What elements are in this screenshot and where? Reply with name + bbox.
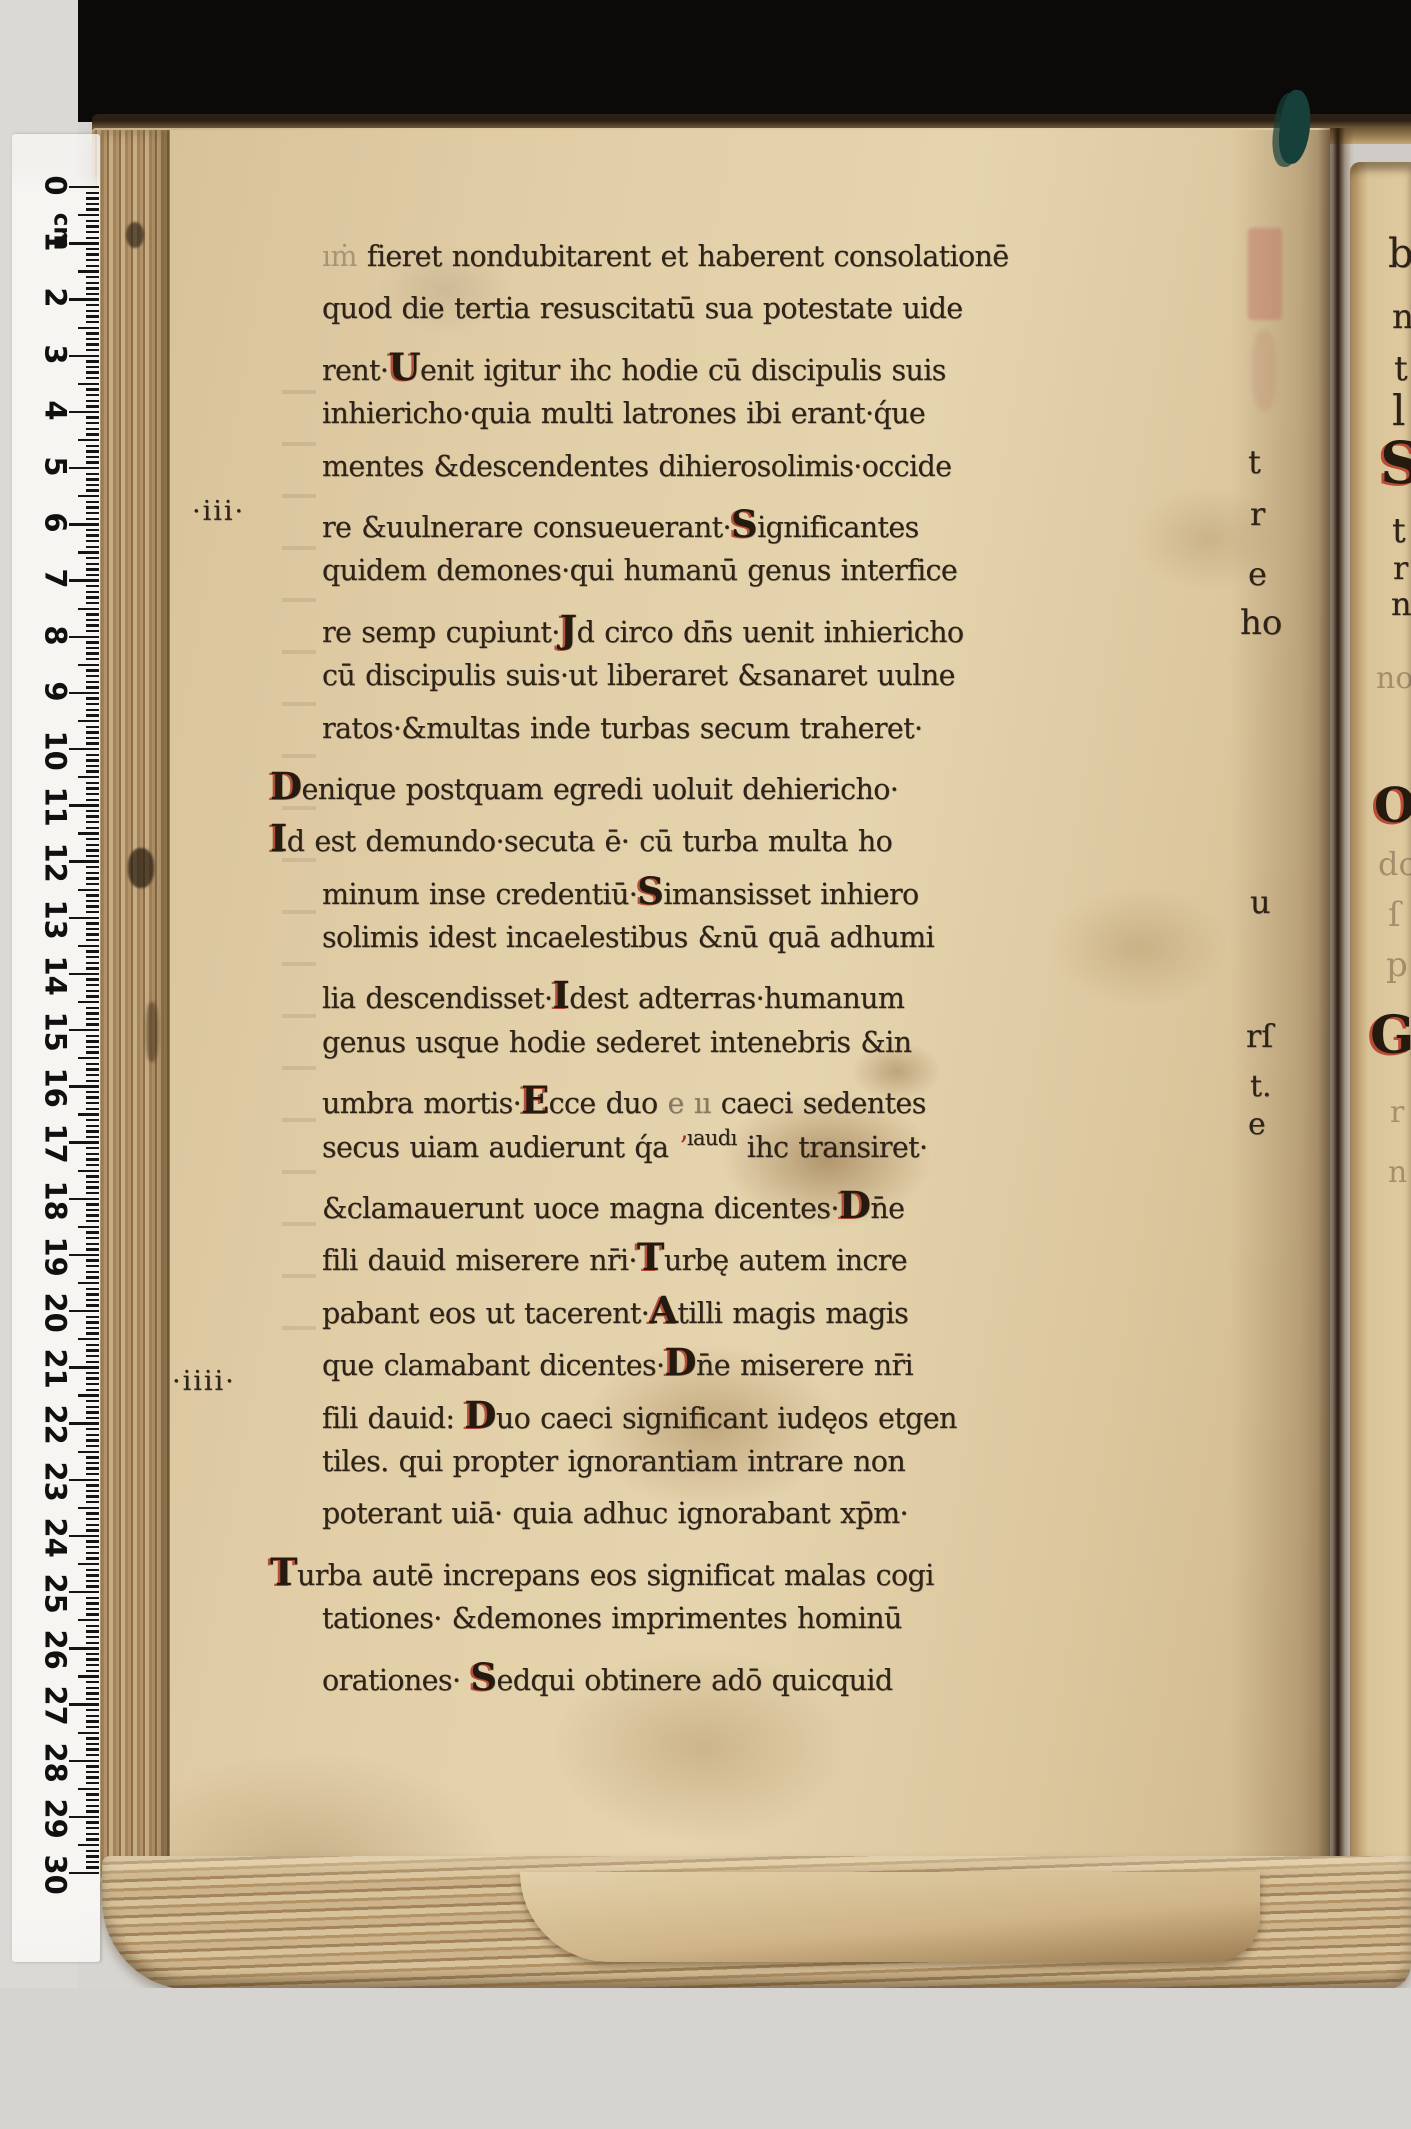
- ruler-tick: [86, 248, 99, 250]
- recto-partial-letter: S: [1380, 434, 1411, 492]
- ruler-tick: [86, 304, 99, 306]
- ruler-tick: [78, 720, 99, 722]
- ruler-tick: [86, 585, 99, 587]
- recto-partial-letter: t: [1392, 514, 1406, 548]
- recto-partial-letter: l: [1392, 390, 1405, 432]
- ruler-tick: [86, 770, 99, 772]
- rubricated-initial: A: [649, 1288, 677, 1332]
- ruler-tick: [78, 1451, 99, 1453]
- rubricated-initial: D: [270, 764, 302, 808]
- ruler-tick: [86, 1220, 99, 1222]
- ruler-tick: [86, 338, 99, 340]
- ruler-tick: [78, 383, 99, 385]
- ruler-tick: [86, 591, 99, 593]
- ruler-tick: [86, 1866, 99, 1868]
- ruler-tick: [69, 692, 99, 694]
- ruler-tick: [86, 990, 99, 992]
- recto-partial-letter: b: [1388, 234, 1411, 274]
- ruler-tick: [86, 821, 99, 823]
- recto-partial-letter: do: [1378, 848, 1411, 880]
- ruler-tick: [86, 1209, 99, 1211]
- ruler-number: 23: [41, 1461, 70, 1495]
- ruler-tick: [86, 473, 99, 475]
- recto-partial-letter: O: [1374, 782, 1411, 830]
- ruler-number: 28: [41, 1742, 70, 1776]
- ruler-tick: [86, 793, 99, 795]
- ruler-tick: [69, 1085, 99, 1087]
- ruler-tick: [86, 1192, 99, 1194]
- manuscript-line: inhiericho·quia multi latrones ibi erant…: [322, 397, 967, 449]
- book-gutter-fold: [1318, 128, 1354, 1928]
- ruler-tick: [69, 804, 99, 806]
- ruler-tick: [86, 742, 99, 744]
- ruler-tick: [86, 726, 99, 728]
- ruler-tick: [86, 1080, 99, 1082]
- ruler-tick: [86, 265, 99, 267]
- ruler-tick: [86, 1771, 99, 1773]
- stain-spot: [126, 222, 144, 248]
- gutter-offset-letter: e: [1248, 558, 1267, 590]
- ruler-tick: [86, 1018, 99, 1020]
- ruler-tick: [69, 917, 99, 919]
- ruler-tick: [86, 1321, 99, 1323]
- ruler-tick: [86, 1636, 99, 1638]
- ruler-tick: [86, 1406, 99, 1408]
- manuscript-line: Id est demundo·secuta ē· cū turba multa …: [270, 816, 967, 868]
- margin-quire-number: ·iii·: [192, 496, 245, 527]
- ruler-tick: [86, 1074, 99, 1076]
- ruler-tick: [86, 349, 99, 351]
- manuscript-line: tationes· &demones imprimentes hominū: [322, 1602, 967, 1654]
- backdrop-bottom: [0, 1988, 1411, 2129]
- ruler-tick: [86, 613, 99, 615]
- line-segment: ıaudı: [687, 1126, 737, 1150]
- ruler-tick: [69, 1760, 99, 1762]
- line-segment: ignificantes: [757, 511, 919, 544]
- ruler-tick: [86, 630, 99, 632]
- line-segment: d circo dn̄s uenit inhiericho: [577, 616, 964, 649]
- line-segment: minum inse credentiū·: [322, 878, 637, 911]
- ruler-tick: [86, 1136, 99, 1138]
- line-segment: d est demundo·secuta ē· cū turba multa h…: [287, 825, 892, 858]
- ruler-tick: [86, 1164, 99, 1166]
- ruler-tick: [86, 310, 99, 312]
- ruler-number: 13: [41, 899, 70, 933]
- ruler-tick: [86, 1754, 99, 1756]
- ruler-number: 12: [41, 843, 70, 877]
- ruler-tick: [78, 495, 99, 497]
- ruler-tick: [86, 978, 99, 980]
- ruler-tick: [86, 1091, 99, 1093]
- ruler-tick: [86, 765, 99, 767]
- line-segment: ʼ: [678, 1131, 686, 1164]
- ruler-tick: [78, 1788, 99, 1790]
- recto-partial-letter: no: [1376, 664, 1411, 694]
- ruler-tick: [86, 1585, 99, 1587]
- ruler-number: 10: [41, 731, 70, 765]
- ruler-tick: [86, 1630, 99, 1632]
- line-segment: mentes &descendentes dihierosolimis·occi…: [322, 450, 951, 483]
- ruler-tick: [86, 1248, 99, 1250]
- ruler-tick: [86, 1293, 99, 1295]
- ruler-tick: [69, 860, 99, 862]
- line-segment: solimis idest incaelestibus &nū quā adhu…: [322, 921, 934, 954]
- ruler-tick: [86, 1445, 99, 1447]
- ruler-tick: [86, 1552, 99, 1554]
- ruler-tick: [86, 1658, 99, 1660]
- manuscript-line: quidem demones·qui humanū genus interfic…: [322, 554, 967, 606]
- ruler-tick: [86, 1805, 99, 1807]
- ruler-tick: [86, 1377, 99, 1379]
- ruler-tick: [86, 1108, 99, 1110]
- rubricated-initial: T: [637, 1235, 664, 1279]
- ruler-tick: [86, 1540, 99, 1542]
- ruler-number: 30: [41, 1855, 70, 1889]
- ruler-tick: [69, 355, 99, 357]
- ruler-tick: [69, 1366, 99, 1368]
- ruler-tick: [86, 1259, 99, 1261]
- line-segment: tiles. qui propter ignorantiam intrare n…: [322, 1445, 905, 1478]
- ruler-tick: [86, 1715, 99, 1717]
- line-segment: urbę autem incre: [664, 1244, 907, 1277]
- ruler-tick: [86, 1023, 99, 1025]
- ruler-tick: [69, 1310, 99, 1312]
- ruler-tick: [86, 371, 99, 373]
- ruler-tick: [86, 1231, 99, 1233]
- ruler-tick: [86, 253, 99, 255]
- ruler-tick: [86, 995, 99, 997]
- ruler-tick: [86, 1838, 99, 1840]
- line-segment: enit igitur ihc hodie cū discipulis suis: [420, 354, 946, 387]
- ruler-tick: [86, 1827, 99, 1829]
- ruler-tick: [86, 799, 99, 801]
- ruler-tick: [86, 1608, 99, 1610]
- ruler-tick: [69, 186, 99, 188]
- manuscript-line: que clamabant dicentes·Dn̄e miserere nr̄…: [322, 1340, 967, 1392]
- ruler-tick: [86, 703, 99, 705]
- ruler-tick: [86, 1495, 99, 1497]
- ruler-number: 20: [41, 1293, 70, 1327]
- ruler-tick: [86, 928, 99, 930]
- ruler-tick: [86, 1102, 99, 1104]
- ruler-tick: [69, 1198, 99, 1200]
- ruler-number: 14: [41, 955, 70, 989]
- line-segment: edqui obtinere adō quicquid: [497, 1664, 893, 1697]
- ruler-tick: [78, 1732, 99, 1734]
- ruler-tick: [69, 748, 99, 750]
- manuscript-line: Turba autē increpans eos significat mala…: [270, 1550, 967, 1602]
- ruler-tick: [86, 1613, 99, 1615]
- ruler-tick: [86, 1063, 99, 1065]
- ruler-tick: [86, 1214, 99, 1216]
- ruler-tick: [86, 754, 99, 756]
- ruler-number: 15: [41, 1012, 70, 1046]
- ruler-number: 0: [41, 169, 70, 203]
- ruler-tick: [78, 608, 99, 610]
- ruler-tick: [86, 400, 99, 402]
- ruler-tick: [86, 1355, 99, 1357]
- ruler-tick: [78, 1113, 99, 1115]
- recto-partial-letter: n: [1392, 300, 1411, 334]
- ruler-tick: [86, 225, 99, 227]
- line-segment: re semp cupiunt·: [322, 616, 560, 649]
- ruler-tick: [86, 1490, 99, 1492]
- line-segment: umbra mortis·: [322, 1087, 521, 1120]
- ruler-tick: [86, 962, 99, 964]
- ruler-number: 16: [41, 1068, 70, 1102]
- ruler-tick: [86, 1383, 99, 1385]
- ruler-tick: [86, 321, 99, 323]
- ruler-tick: [86, 1372, 99, 1374]
- ruler-tick: [86, 1411, 99, 1413]
- ruler-tick: [86, 1467, 99, 1469]
- ruler-tick: [86, 1737, 99, 1739]
- ruler-tick: [86, 1580, 99, 1582]
- ruler-tick: [86, 1524, 99, 1526]
- ruler-tick: [86, 360, 99, 362]
- ruler-tick: [86, 557, 99, 559]
- bottom-page-curl: [520, 1872, 1260, 1962]
- ruler-number: 6: [41, 506, 70, 540]
- ruler-tick: [86, 1181, 99, 1183]
- line-segment: inhiericho·quia multi latrones ibi erant…: [322, 397, 925, 430]
- ruler-tick: [78, 439, 99, 441]
- ruler-tick: [86, 478, 99, 480]
- manuscript-line: umbra mortis·Ecce duo e ıı caeci sedente…: [322, 1078, 967, 1130]
- ruler-tick: [86, 872, 99, 874]
- line-segment: e ıı: [668, 1087, 721, 1120]
- ruler-tick: [86, 939, 99, 941]
- ruler-tick: [86, 697, 99, 699]
- ruler-tick: [86, 855, 99, 857]
- recto-partial-letter: ſ: [1388, 898, 1401, 932]
- rubricated-initial: U: [388, 345, 420, 389]
- ruler-tick: [86, 1529, 99, 1531]
- ruler-tick: [86, 394, 99, 396]
- recto-partial-letter: G: [1370, 1010, 1411, 1062]
- ruler-tick: [86, 428, 99, 430]
- ruler-tick: [86, 900, 99, 902]
- ruler-tick: [86, 484, 99, 486]
- ruler-tick: [78, 664, 99, 666]
- ruler-tick: [86, 237, 99, 239]
- margin-quire-number: ·iiii·: [172, 1366, 236, 1397]
- ruler-tick: [86, 332, 99, 334]
- ruler-tick: [86, 456, 99, 458]
- manuscript-line: solimis idest incaelestibus &nū quā adhu…: [322, 921, 967, 973]
- ruler-tick: [86, 602, 99, 604]
- ruler-tick: [86, 433, 99, 435]
- ruler-tick: [86, 1327, 99, 1329]
- ruler-number: 26: [41, 1630, 70, 1664]
- line-segment: secus uiam audierunt q́a: [322, 1131, 678, 1164]
- gutter-offset-letter: ho: [1240, 606, 1282, 640]
- ruler-tick: [78, 1844, 99, 1846]
- ruler-tick: [69, 1029, 99, 1031]
- ruler-tick: [69, 411, 99, 413]
- ruler-tick: [86, 1692, 99, 1694]
- ruler-tick: [86, 675, 99, 677]
- recto-partial-letter: t: [1394, 352, 1408, 386]
- cm-ruler: 0123456789101112131415161718192021222324…: [12, 134, 100, 1962]
- ruler-tick: [86, 1574, 99, 1576]
- ruler-tick: [86, 534, 99, 536]
- ruler-tick: [86, 1546, 99, 1548]
- ruler-tick: [86, 1720, 99, 1722]
- recto-partial-letter: r: [1390, 1098, 1404, 1128]
- ruler-tick: [86, 1130, 99, 1132]
- line-segment: re &uulnerare consueuerant·: [322, 511, 731, 544]
- ruler-number: 3: [41, 337, 70, 371]
- ruler-tick: [86, 1316, 99, 1318]
- ruler-tick: [86, 1428, 99, 1430]
- ruler-number: 29: [41, 1798, 70, 1832]
- ruler-number: 17: [41, 1124, 70, 1158]
- ruler-tick: [86, 950, 99, 952]
- ruler-tick: [78, 1507, 99, 1509]
- ruler-tick: [86, 1793, 99, 1795]
- line-segment: imansisset inhiero: [663, 878, 918, 911]
- ruler-tick: [86, 366, 99, 368]
- ruler-tick: [86, 1147, 99, 1149]
- ruler-tick: [86, 1068, 99, 1070]
- line-segment: ihc transiret·: [737, 1131, 928, 1164]
- ruler-tick: [86, 1709, 99, 1711]
- ruler-tick: [86, 1861, 99, 1863]
- ruler-tick: [86, 956, 99, 958]
- manuscript-line: mentes &descendentes dihierosolimis·occi…: [322, 450, 967, 502]
- ruler-tick: [86, 596, 99, 598]
- ruler-tick: [69, 298, 99, 300]
- ruler-tick: [86, 416, 99, 418]
- ruler-tick: [86, 501, 99, 503]
- ruler-tick: [86, 1664, 99, 1666]
- line-segment: fili dauid miserere nr̄i·: [322, 1244, 637, 1277]
- ruler-tick: [86, 315, 99, 317]
- ruler-tick: [86, 1687, 99, 1689]
- manuscript-line: cū discipulis suis·ut liberaret &sanaret…: [322, 659, 967, 711]
- line-segment: caeci sedentes: [721, 1087, 926, 1120]
- ruler-tick: [86, 1051, 99, 1053]
- ruler-tick: [86, 197, 99, 199]
- ruler-number: 9: [41, 674, 70, 708]
- ruler-tick: [86, 1743, 99, 1745]
- ruler-tick: [86, 192, 99, 194]
- ruler-tick: [78, 889, 99, 891]
- ruler-tick: [86, 1855, 99, 1857]
- ruler-tick: [86, 1726, 99, 1728]
- line-segment: poterant uiā· quia adhuc ignorabant xp̄m…: [322, 1497, 908, 1530]
- ruler-tick: [86, 1456, 99, 1458]
- ruler-tick: [86, 276, 99, 278]
- line-segment: urba autē increpans eos significat malas…: [297, 1559, 934, 1592]
- ruler-tick: [86, 1765, 99, 1767]
- ruler-tick: [69, 1254, 99, 1256]
- ruler-tick: [86, 1046, 99, 1048]
- ruler-tick: [86, 1569, 99, 1571]
- manuscript-line: fili dauid: Duo caeci significant iudęos…: [322, 1393, 967, 1445]
- ruler-tick: [86, 220, 99, 222]
- ruler-tick: [69, 579, 99, 581]
- ruler-tick: [86, 1271, 99, 1273]
- ruler-tick: [86, 624, 99, 626]
- ruler-tick: [86, 1439, 99, 1441]
- text-block: ıṁ fieret nondubitarent et haberent cons…: [322, 240, 967, 1707]
- ruler-tick: [86, 849, 99, 851]
- ruler-tick: [86, 1602, 99, 1604]
- ruler-tick: [86, 1434, 99, 1436]
- ruler-tick: [86, 1799, 99, 1801]
- ruler-tick: [86, 877, 99, 879]
- recto-partial-letter: n: [1388, 1158, 1407, 1188]
- rubricated-initial: J: [560, 607, 577, 651]
- ruler-tick: [86, 512, 99, 514]
- ruler-number: 5: [41, 450, 70, 484]
- ruler-tick: [78, 776, 99, 778]
- ruler-tick: [86, 686, 99, 688]
- ruler-number: 4: [41, 393, 70, 427]
- manuscript-line: poterant uiā· quia adhuc ignorabant xp̄m…: [322, 1497, 967, 1549]
- ruler-tick: [78, 1226, 99, 1228]
- line-segment: rent·: [322, 354, 388, 387]
- manuscript-line: fili dauid miserere nr̄i·Turbę autem inc…: [322, 1235, 967, 1287]
- ruler-tick: [78, 1001, 99, 1003]
- ruler-tick: [86, 1670, 99, 1672]
- ruler-tick: [86, 1821, 99, 1823]
- stain-spot: [146, 1002, 158, 1062]
- ruler-tick: [86, 287, 99, 289]
- ruler-tick: [86, 894, 99, 896]
- line-segment: genus usque hodie sederet intenebris &in: [322, 1026, 911, 1059]
- ruler-tick: [69, 523, 99, 525]
- ruler-tick: [78, 832, 99, 834]
- ruler-tick: [86, 619, 99, 621]
- ruler-tick: [86, 1400, 99, 1402]
- ruler-tick: [86, 259, 99, 261]
- ruler-tick: [86, 652, 99, 654]
- ruler-tick: [78, 551, 99, 553]
- manuscript-line: Denique postquam egredi uoluit dehierich…: [270, 764, 967, 816]
- rubricated-initial: D: [464, 1393, 496, 1437]
- manuscript-line: re semp cupiunt·Jd circo dn̄s uenit inhi…: [322, 607, 967, 659]
- ruler-number: 22: [41, 1405, 70, 1439]
- ruler-tick: [69, 1422, 99, 1424]
- ruler-tick: [86, 967, 99, 969]
- gutter-offset-letter: e: [1248, 1110, 1266, 1140]
- line-segment: n̄e miserere nr̄i: [696, 1349, 913, 1382]
- ruler-tick: [86, 1332, 99, 1334]
- ruler-tick: [86, 838, 99, 840]
- ruler-tick: [86, 709, 99, 711]
- ruler-tick: [78, 214, 99, 216]
- ruler-tick: [86, 1557, 99, 1559]
- ruler-tick: [86, 1344, 99, 1346]
- ruler-tick: [78, 327, 99, 329]
- ruler-tick: [86, 1810, 99, 1812]
- line-segment: ratos·&multas inde turbas secum traheret…: [322, 712, 922, 745]
- ruler-tick: [78, 1394, 99, 1396]
- manuscript-line: tiles. qui propter ignorantiam intrare n…: [322, 1445, 967, 1497]
- ruler-tick: [86, 1512, 99, 1514]
- ruler-number: 19: [41, 1236, 70, 1270]
- book-leaf-edges-left: [92, 130, 170, 1905]
- ruler-tick: [86, 984, 99, 986]
- ruler-tick: [86, 1653, 99, 1655]
- line-segment: pabant eos ut tacerent·: [322, 1297, 649, 1330]
- ruler-tick: [86, 759, 99, 761]
- ruler-number: 21: [41, 1349, 70, 1383]
- ruler-tick: [86, 1203, 99, 1205]
